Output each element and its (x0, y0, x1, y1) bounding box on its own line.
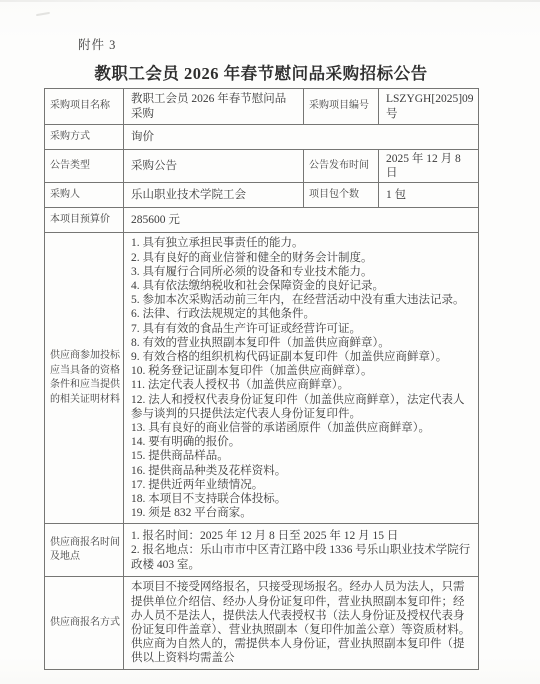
package-count-label: 项目包个数 (304, 183, 379, 208)
table-row: 采购人 乐山职业技术学院工会 项目包个数 1 包 (45, 183, 479, 208)
attachment-label: 附件 3 (78, 35, 116, 53)
scanned-document-page: 附件 3 教职工会员 2026 年春节慰问品采购招标公告 采购项目名称 教职工会… (0, 0, 540, 684)
list-item: 12. 法人和授权代表身份证复印件（加盖供应商鲜章），法定代表人参与谈判的只提供… (131, 393, 472, 421)
notice-type-value: 采购公告 (124, 150, 304, 183)
procurement-info-table: 采购项目名称 教职工会员 2026 年春节慰问品采购 采购项目编号 LSZYGH… (44, 88, 479, 670)
list-item: 19. 须是 832 平台商家。 (131, 506, 472, 520)
package-count-value: 1 包 (379, 183, 479, 208)
list-item: 4. 具有依法缴纳税收和社会保障资金的良好记录。 (131, 279, 472, 293)
list-item: 9. 有效合格的组织机构代码证副本复印件（加盖供应商鲜章）。 (131, 350, 472, 364)
budget-price-value: 285600 元 (124, 208, 479, 233)
table-row: 供应商报名方式 本项目不接受网络报名，只接受现场报名。经办人员为法人，只需提供单… (45, 577, 479, 669)
purchase-method-label: 采购方式 (45, 125, 124, 150)
purchaser-label: 采购人 (45, 183, 124, 208)
registration-time-place-items: 1. 报名时间：2025 年 12 月 8 日至 2025 年 12 月 15 … (124, 524, 479, 577)
list-item: 18. 本项目不支持联合体投标。 (131, 492, 472, 506)
publish-time-label: 公告发布时间 (304, 150, 379, 183)
qualification-label: 供应商参加投标应当具备的资格条件和应当提供的相关证明材料 (45, 233, 124, 524)
table-row: 本项目预算价 285600 元 (45, 208, 479, 233)
registration-method-value: 本项目不接受网络报名，只接受现场报名。经办人员为法人，只需提供单位介绍信、经办人… (124, 577, 479, 669)
purchaser-value: 乐山职业技术学院工会 (124, 183, 304, 208)
list-item: 1. 具有独立承担民事责任的能力。 (131, 236, 472, 250)
list-item: 2. 报名地点：乐山市市中区青江路中段 1336 号乐山职业技术学院行政楼 40… (131, 543, 472, 571)
list-item: 2. 具有良好的商业信誉和健全的财务会计制度。 (131, 251, 472, 265)
purchase-method-value: 询价 (124, 125, 479, 150)
project-name-value: 教职工会员 2026 年春节慰问品采购 (124, 89, 304, 125)
list-item: 3. 具有履行合同所必须的设备和专业技术能力。 (131, 265, 472, 279)
project-name-label: 采购项目名称 (45, 89, 124, 125)
scan-edge-artifact (0, 0, 540, 2)
qualification-items: 1. 具有独立承担民事责任的能力。2. 具有良好的商业信誉和健全的财务会计制度。… (124, 233, 479, 524)
list-item: 15. 提供商品样品。 (131, 449, 472, 463)
registration-method-label: 供应商报名方式 (45, 577, 124, 669)
document-title: 教职工会员 2026 年春节慰问品采购招标公告 (44, 60, 478, 84)
list-item: 1. 报名时间：2025 年 12 月 8 日至 2025 年 12 月 15 … (131, 529, 472, 543)
list-item: 17. 提供近两年业绩情况。 (131, 478, 472, 492)
list-item: 5. 参加本次采购活动前三年内，在经营活动中没有重大违法记录。 (131, 293, 472, 307)
list-item: 13. 具有良好的商业信誉的承诺函原件（加盖供应商鲜章）。 (131, 421, 472, 435)
scan-artifact (36, 12, 50, 16)
table-row: 公告类型 采购公告 公告发布时间 2025 年 12 月 8 日 (45, 150, 479, 183)
list-item: 11. 法定代表人授权书（加盖供应商鲜章）。 (131, 378, 472, 392)
list-item: 6. 法律、行政法规规定的其他条件。 (131, 307, 472, 321)
registration-time-place-label: 供应商报名时间及地点 (45, 524, 124, 577)
list-item: 14. 要有明确的报价。 (131, 435, 472, 449)
table-row: 采购方式 询价 (45, 125, 479, 150)
list-item: 7. 具有有效的食品生产许可证或经营许可证。 (131, 322, 472, 336)
notice-type-label: 公告类型 (45, 150, 124, 183)
list-item: 10. 税务登记证副本复印件（加盖供应商鲜章）。 (131, 364, 472, 378)
project-number-label: 采购项目编号 (304, 89, 379, 125)
table-row: 供应商参加投标应当具备的资格条件和应当提供的相关证明材料 1. 具有独立承担民事… (45, 233, 479, 524)
table-row: 供应商报名时间及地点 1. 报名时间：2025 年 12 月 8 日至 2025… (45, 524, 479, 577)
budget-price-label: 本项目预算价 (45, 208, 124, 233)
project-number-value: LSZYGH[2025]09 号 (379, 89, 479, 125)
list-item: 8. 有效的营业执照副本复印件（加盖供应商鲜章）。 (131, 336, 472, 350)
table-row: 采购项目名称 教职工会员 2026 年春节慰问品采购 采购项目编号 LSZYGH… (45, 89, 479, 125)
list-item: 16. 提供商品种类及花样资料。 (131, 464, 472, 478)
publish-time-value: 2025 年 12 月 8 日 (379, 150, 479, 183)
